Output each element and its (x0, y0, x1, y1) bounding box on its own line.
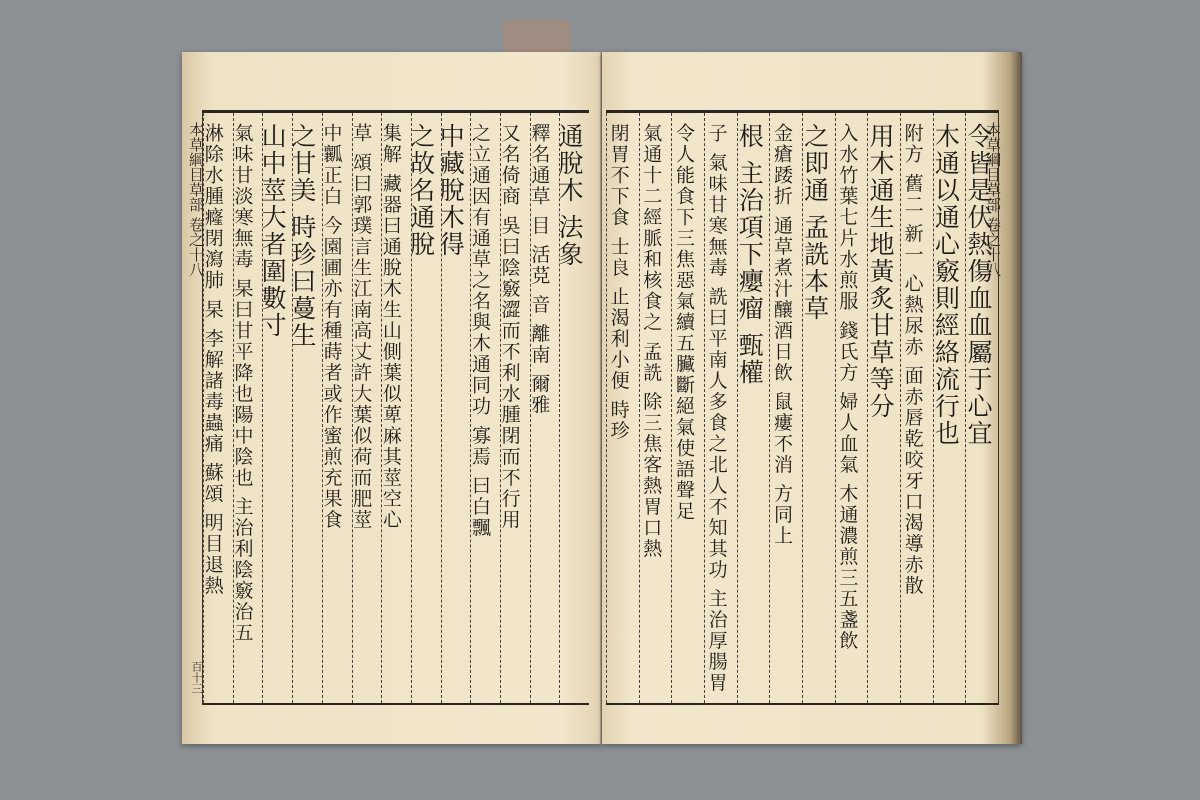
right-text-frame: 令皆是伏熱傷血血屬于心宜木通以通心竅則經絡流行也附方 舊二 新一 心熱尿赤 面赤… (606, 110, 999, 705)
left-page: 本草綱目草部 卷之十八 百十三 通脫木 法象釋名通草 目 活莌 音 離南 爾雅又… (182, 52, 601, 744)
text-column: 中瓤正白 今園圃亦有種蒔者或作蜜煎充果食 (322, 113, 352, 703)
text-column: 之甘美 時珍曰蔓生 (292, 113, 322, 703)
text-column: 金瘡踒折 通草煮汁釀酒日飲 鼠瘻不消 方同上 (769, 113, 802, 703)
text-column: 釋名通草 目 活莌 音 離南 爾雅 (530, 113, 560, 703)
text-column: 草 頌曰郭璞言生江南高丈許大葉似荷而肥莖 (352, 113, 382, 703)
text-column: 之立通因有通草之名與木通同功 寡焉 曰白飄 (470, 113, 500, 703)
text-column: 中藏脫木得 (441, 113, 471, 703)
text-column: 附方 舊二 新一 心熱尿赤 面赤唇乾咬牙口渴導赤散 (900, 113, 933, 703)
text-column: 又名倚商 吳曰陰竅澀而不利水腫閉而不行用 (500, 113, 530, 703)
text-column: 木通以通心竅則經絡流行也 (933, 113, 966, 703)
text-column: 之即通 孟詵本草 (802, 113, 835, 703)
text-column: 令人能食下三焦惡氣續五臟斷絕氣使語聲足 (671, 113, 704, 703)
text-column: 氣通十二經脈和核食之 孟詵 除三焦客熱胃口熱 (639, 113, 672, 703)
left-text-frame: 通脫木 法象釋名通草 目 活莌 音 離南 爾雅又名倚商 吳曰陰竅澀而不利水腫閉而… (202, 110, 589, 705)
text-column: 根 主治項下癭瘤 甄權 (737, 113, 770, 703)
text-column: 山中莖大者圍數寸 (262, 113, 292, 703)
text-column: 通脫木 法象 (559, 113, 589, 703)
text-column: 淋除水腫癃閉瀉肺 杲 李解諸毒蟲痛 蘇頌 明目退熱 (203, 113, 233, 703)
text-column: 之故名通脫 (411, 113, 441, 703)
right-page: 本草綱目草部 卷之十八 令皆是伏熱傷血血屬于心宜木通以通心竅則經絡流行也附方 舊… (602, 52, 1022, 744)
open-book: 本草綱目草部 卷之十八 百十三 通脫木 法象釋名通草 目 活莌 音 離南 爾雅又… (182, 52, 1022, 744)
text-column: 氣味甘淡寒無毒 杲曰甘平降也陽中陰也 主治利陰竅治五 (233, 113, 263, 703)
text-column: 集解 藏器曰通脫木生山側葉似萆麻其莖空心 (381, 113, 411, 703)
text-column: 閉胃不下食 士良 止渴利小便 時珍 (606, 113, 639, 703)
text-column: 入水竹葉七片水煎服 錢氏方 婦人血氣 木通濃煎三五盞飲 (835, 113, 868, 703)
text-column: 子 氣味甘寒無毒 詵曰平南人多食之北人不知其功 主治厚腸胃 (704, 113, 737, 703)
text-column: 令皆是伏熱傷血血屬于心宜 (965, 113, 998, 703)
text-column: 用木通生地黃炙甘草等分 (867, 113, 900, 703)
